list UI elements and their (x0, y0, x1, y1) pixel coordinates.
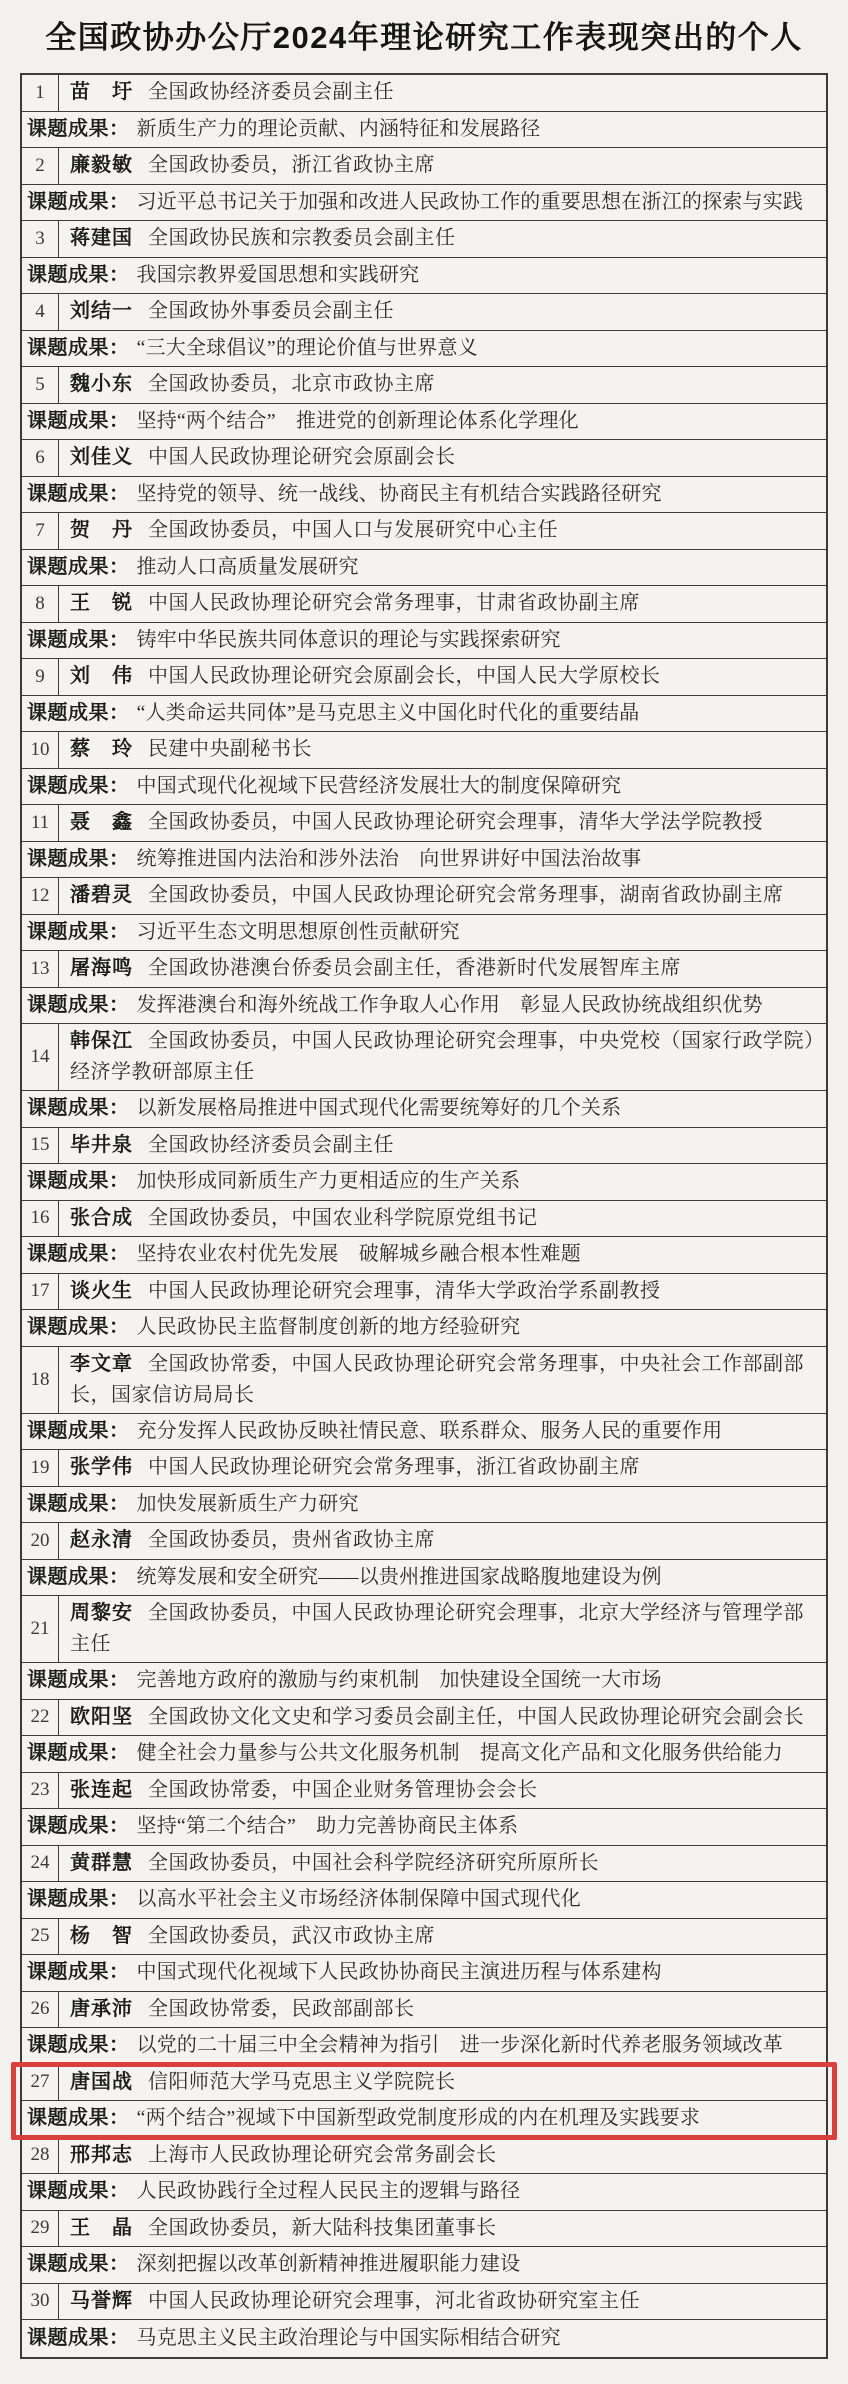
table-entry: 7 贺 丹全国政协委员，中国人口与发展研究中心主任 课题成果：推动人口高质量发展… (22, 513, 826, 586)
entry-person-cell: 蒋建国全国政协民族和宗教委员会副主任 (59, 221, 826, 257)
entry-result-row: 课题成果：“两个结合”视域下中国新型政党制度形成的内在机理及实践要求 (22, 2101, 826, 2138)
entry-name-row: 8 王 锐中国人民政协理论研究会常务理事，甘肃省政协副主席 (22, 586, 826, 623)
awards-table: 1 苗 圩全国政协经济委员会副主任 课题成果：新质生产力的理论贡献、内涵特征和发… (20, 73, 828, 2359)
person-name: 杨 智 (70, 1925, 133, 1947)
entry-person-cell: 王 晶全国政协委员，新大陆科技集团董事长 (59, 2211, 826, 2247)
entry-result-row: 课题成果：我国宗教界爱国思想和实践研究 (22, 258, 826, 295)
entry-number: 5 (22, 367, 59, 403)
entry-name-row: 1 苗 圩全国政协经济委员会副主任 (22, 75, 826, 112)
person-title: 全国政协港澳台侨委员会副主任，香港新时代发展智库主席 (148, 957, 681, 979)
entry-person-cell: 杨 智全国政协委员，武汉市政协主席 (59, 1919, 826, 1955)
entry-result-row: 课题成果：以新发展格局推进中国式现代化需要统筹好的几个关系 (22, 1091, 826, 1128)
person-title: 全国政协民族和宗教委员会副主任 (148, 227, 456, 249)
entry-number: 9 (22, 659, 59, 695)
entry-result-row: 课题成果：坚持农业农村优先发展 破解城乡融合根本性难题 (22, 1237, 826, 1274)
entry-number: 22 (22, 1700, 59, 1736)
entry-result-row: 课题成果：人民政协民主监督制度创新的地方经验研究 (22, 1310, 826, 1347)
result-label: 课题成果： (27, 118, 130, 140)
result-label: 课题成果： (27, 191, 130, 213)
entry-number: 2 (22, 148, 59, 184)
result-label: 课题成果： (27, 994, 130, 1016)
entry-number: 1 (22, 75, 59, 111)
entry-name-row: 14 韩保江全国政协委员，中国人民政协理论研究会理事，中央党校（国家行政学院）经… (22, 1024, 826, 1091)
entry-result-row: 课题成果：人民政协践行全过程人民民主的逻辑与路径 (22, 2174, 826, 2211)
person-title: 全国政协经济委员会副主任 (148, 1134, 394, 1156)
entry-number: 10 (22, 732, 59, 768)
result-text: 中国式现代化视域下人民政协协商民主演进历程与体系建构 (137, 1961, 662, 1983)
entry-name-row: 27 唐国战信阳师范大学马克思主义学院院长 (22, 2065, 826, 2102)
person-name: 刘结一 (70, 300, 133, 322)
person-name: 刘 伟 (70, 665, 133, 687)
result-label: 课题成果： (27, 1815, 130, 1837)
table-entry: 2 廉毅敏全国政协委员，浙江省政协主席 课题成果：习近平总书记关于加强和改进人民… (22, 148, 826, 221)
entry-result-row: 课题成果：“三大全球倡议”的理论价值与世界意义 (22, 331, 826, 368)
result-label: 课题成果： (27, 556, 130, 578)
entry-person-cell: 聂 鑫全国政协委员，中国人民政协理论研究会理事，清华大学法学院教授 (59, 805, 826, 841)
person-title: 全国政协委员，北京市政协主席 (148, 373, 435, 395)
table-entry: 10 蔡 玲民建中央副秘书长 课题成果：中国式现代化视域下民营经济发展壮大的制度… (22, 732, 826, 805)
person-name: 唐承沛 (70, 1998, 133, 2020)
result-label: 课题成果： (27, 2034, 130, 2056)
result-text: 深刻把握以改革创新精神推进履职能力建设 (137, 2253, 521, 2275)
entry-name-row: 21 周黎安全国政协委员，中国人民政协理论研究会理事，北京大学经济与管理学部主任 (22, 1596, 826, 1663)
person-title: 中国人民政协理论研究会常务理事，浙江省政协副主席 (148, 1456, 640, 1478)
entry-person-cell: 张学伟中国人民政协理论研究会常务理事，浙江省政协副主席 (59, 1450, 826, 1486)
entry-name-row: 23 张连起全国政协常委，中国企业财务管理协会会长 (22, 1773, 826, 1810)
result-label: 课题成果： (27, 483, 130, 505)
result-text: “三大全球倡议”的理论价值与世界意义 (137, 337, 478, 359)
entry-person-cell: 廉毅敏全国政协委员，浙江省政协主席 (59, 148, 826, 184)
entry-number: 21 (22, 1596, 59, 1662)
person-title: 全国政协文化文史和学习委员会副主任，中国人民政协理论研究会副会长 (148, 1706, 804, 1728)
entry-result-row: 课题成果：统筹发展和安全研究——以贵州推进国家战略腹地建设为例 (22, 1560, 826, 1597)
person-name: 张合成 (70, 1207, 133, 1229)
table-entry: 15 毕井泉全国政协经济委员会副主任 课题成果：加快形成同新质生产力更相适应的生… (22, 1128, 826, 1201)
result-text: 人民政协践行全过程人民民主的逻辑与路径 (137, 2180, 521, 2202)
entry-person-cell: 苗 圩全国政协经济委员会副主任 (59, 75, 826, 111)
entry-name-row: 25 杨 智全国政协委员，武汉市政协主席 (22, 1919, 826, 1956)
entry-result-row: 课题成果：完善地方政府的激励与约束机制 加快建设全国统一大市场 (22, 1663, 826, 1700)
entry-name-row: 24 黄群慧全国政协委员，中国社会科学院经济研究所原所长 (22, 1846, 826, 1883)
table-entry: 18 李文章全国政协常委，中国人民政协理论研究会常务理事，中央社会工作部副部长，… (22, 1347, 826, 1451)
result-label: 课题成果： (27, 848, 130, 870)
person-name: 赵永清 (70, 1529, 133, 1551)
person-name: 聂 鑫 (70, 811, 133, 833)
document-title: 全国政协办公厅2024年理论研究工作表现突出的个人 (0, 12, 848, 57)
result-text: 马克思主义民主政治理论与中国实际相结合研究 (137, 2327, 561, 2349)
person-title: 全国政协外事委员会副主任 (148, 300, 394, 322)
entry-result-row: 课题成果：新质生产力的理论贡献、内涵特征和发展路径 (22, 112, 826, 149)
result-text: 习近平生态文明思想原创性贡献研究 (137, 921, 460, 943)
result-label: 课题成果： (27, 1669, 130, 1691)
table-entry: 6 刘佳义中国人民政协理论研究会原副会长 课题成果：坚持党的领导、统一战线、协商… (22, 440, 826, 513)
entry-name-row: 7 贺 丹全国政协委员，中国人口与发展研究中心主任 (22, 513, 826, 550)
table-entry: 26 唐承沛全国政协常委，民政部副部长 课题成果：以党的二十届三中全会精神为指引… (22, 1992, 826, 2065)
person-title: 中国人民政协理论研究会原副会长，中国人民大学原校长 (148, 665, 661, 687)
result-text: 我国宗教界爱国思想和实践研究 (137, 264, 420, 286)
result-label: 课题成果： (27, 1493, 130, 1515)
entry-person-cell: 毕井泉全国政协经济委员会副主任 (59, 1128, 826, 1164)
result-text: 坚持农业农村优先发展 破解城乡融合根本性难题 (137, 1243, 581, 1265)
person-title: 全国政协常委，中国企业财务管理协会会长 (148, 1779, 538, 1801)
person-title: 中国人民政协理论研究会理事，清华大学政治学系副教授 (148, 1280, 661, 1302)
entry-name-row: 18 李文章全国政协常委，中国人民政协理论研究会常务理事，中央社会工作部副部长，… (22, 1347, 826, 1414)
person-name: 毕井泉 (70, 1134, 133, 1156)
entry-result-row: 课题成果：加快发展新质生产力研究 (22, 1487, 826, 1524)
entry-number: 4 (22, 294, 59, 330)
table-entry: 30 马誉辉中国人民政协理论研究会理事，河北省政协研究室主任 课题成果：马克思主… (22, 2284, 826, 2357)
entry-name-row: 16 张合成全国政协委员，中国农业科学院原党组书记 (22, 1201, 826, 1238)
result-text: “人类命运共同体”是马克思主义中国化时代化的重要结晶 (137, 702, 640, 724)
person-name: 王 晶 (70, 2217, 133, 2239)
entry-name-row: 17 谈火生中国人民政协理论研究会理事，清华大学政治学系副教授 (22, 1274, 826, 1311)
entry-number: 30 (22, 2284, 59, 2320)
table-entry: 23 张连起全国政协常委，中国企业财务管理协会会长 课题成果：坚持“第二个结合”… (22, 1773, 826, 1846)
entry-name-row: 9 刘 伟中国人民政协理论研究会原副会长，中国人民大学原校长 (22, 659, 826, 696)
entry-number: 12 (22, 878, 59, 914)
entry-result-row: 课题成果：以高水平社会主义市场经济体制保障中国式现代化 (22, 1882, 826, 1919)
entry-name-row: 28 邢邦志上海市人民政协理论研究会常务副会长 (22, 2138, 826, 2175)
result-text: 统筹发展和安全研究——以贵州推进国家战略腹地建设为例 (137, 1566, 662, 1588)
document-page: 全国政协办公厅2024年理论研究工作表现突出的个人 1 苗 圩全国政协经济委员会… (0, 0, 848, 2384)
result-label: 课题成果： (27, 1243, 130, 1265)
entry-person-cell: 邢邦志上海市人民政协理论研究会常务副会长 (59, 2138, 826, 2174)
entry-number: 8 (22, 586, 59, 622)
entry-number: 17 (22, 1274, 59, 1310)
entry-person-cell: 魏小东全国政协委员，北京市政协主席 (59, 367, 826, 403)
result-label: 课题成果： (27, 702, 130, 724)
table-entry: 24 黄群慧全国政协委员，中国社会科学院经济研究所原所长 课题成果：以高水平社会… (22, 1846, 826, 1919)
entry-result-row: 课题成果：铸牢中华民族共同体意识的理论与实践探索研究 (22, 623, 826, 660)
entry-result-row: 课题成果：习近平生态文明思想原创性贡献研究 (22, 915, 826, 952)
table-entry: 8 王 锐中国人民政协理论研究会常务理事，甘肃省政协副主席 课题成果：铸牢中华民… (22, 586, 826, 659)
person-name: 廉毅敏 (70, 154, 133, 176)
entry-name-row: 11 聂 鑫全国政协委员，中国人民政协理论研究会理事，清华大学法学院教授 (22, 805, 826, 842)
person-title: 中国人民政协理论研究会原副会长 (148, 446, 456, 468)
entry-person-cell: 刘 伟中国人民政协理论研究会原副会长，中国人民大学原校长 (59, 659, 826, 695)
table-entry: 5 魏小东全国政协委员，北京市政协主席 课题成果：坚持“两个结合” 推进党的创新… (22, 367, 826, 440)
person-title: 全国政协委员，中国人口与发展研究中心主任 (148, 519, 558, 541)
person-name: 王 锐 (70, 592, 133, 614)
result-text: 完善地方政府的激励与约束机制 加快建设全国统一大市场 (137, 1669, 662, 1691)
person-title: 全国政协委员，中国人民政协理论研究会理事，清华大学法学院教授 (148, 811, 763, 833)
entry-person-cell: 刘佳义中国人民政协理论研究会原副会长 (59, 440, 826, 476)
result-text: 坚持党的领导、统一战线、协商民主有机结合实践路径研究 (137, 483, 662, 505)
result-label: 课题成果： (27, 2180, 130, 2202)
person-name: 欧阳坚 (70, 1706, 133, 1728)
person-title: 全国政协常委，民政部副部长 (148, 1998, 415, 2020)
result-label: 课题成果： (27, 337, 130, 359)
entry-number: 7 (22, 513, 59, 549)
entry-result-row: 课题成果：以党的二十届三中全会精神为指引 进一步深化新时代养老服务领域改革 (22, 2028, 826, 2065)
entry-person-cell: 欧阳坚全国政协文化文史和学习委员会副主任，中国人民政协理论研究会副会长 (59, 1700, 826, 1736)
result-label: 课题成果： (27, 921, 130, 943)
entry-name-row: 6 刘佳义中国人民政协理论研究会原副会长 (22, 440, 826, 477)
entry-number: 28 (22, 2138, 59, 2174)
person-name: 魏小东 (70, 373, 133, 395)
result-text: 健全社会力量参与公共文化服务机制 提高文化产品和文化服务供给能力 (137, 1742, 783, 1764)
entry-name-row: 30 马誉辉中国人民政协理论研究会理事，河北省政协研究室主任 (22, 2284, 826, 2321)
entry-person-cell: 屠海鸣全国政协港澳台侨委员会副主任，香港新时代发展智库主席 (59, 951, 826, 987)
table-entry: 13 屠海鸣全国政协港澳台侨委员会副主任，香港新时代发展智库主席 课题成果：发挥… (22, 951, 826, 1024)
result-text: 发挥港澳台和海外统战工作争取人心作用 彰显人民政协统战组织优势 (137, 994, 763, 1016)
entry-result-row: 课题成果：统筹推进国内法治和涉外法治 向世界讲好中国法治故事 (22, 842, 826, 879)
entry-person-cell: 李文章全国政协常委，中国人民政协理论研究会常务理事，中央社会工作部副部长，国家信… (59, 1347, 826, 1413)
person-title: 全国政协常委，中国人民政协理论研究会常务理事，中央社会工作部副部长，国家信访局局… (70, 1353, 804, 1406)
result-text: 中国式现代化视域下民营经济发展壮大的制度保障研究 (137, 775, 622, 797)
person-name: 刘佳义 (70, 446, 133, 468)
entry-person-cell: 黄群慧全国政协委员，中国社会科学院经济研究所原所长 (59, 1846, 826, 1882)
entry-result-row: 课题成果：健全社会力量参与公共文化服务机制 提高文化产品和文化服务供给能力 (22, 1736, 826, 1773)
person-name: 邢邦志 (70, 2144, 133, 2166)
table-entry: 1 苗 圩全国政协经济委员会副主任 课题成果：新质生产力的理论贡献、内涵特征和发… (22, 75, 826, 148)
table-entry: 9 刘 伟中国人民政协理论研究会原副会长，中国人民大学原校长 课题成果：“人类命… (22, 659, 826, 732)
result-text: 以新发展格局推进中国式现代化需要统筹好的几个关系 (137, 1097, 622, 1119)
result-text: 坚持“两个结合” 推进党的创新理论体系化学理化 (137, 410, 579, 432)
result-label: 课题成果： (27, 1961, 130, 1983)
table-entry: 20 赵永清全国政协委员，贵州省政协主席 课题成果：统筹发展和安全研究——以贵州… (22, 1523, 826, 1596)
entry-number: 3 (22, 221, 59, 257)
entry-result-row: 课题成果：中国式现代化视域下民营经济发展壮大的制度保障研究 (22, 769, 826, 806)
entry-name-row: 29 王 晶全国政协委员，新大陆科技集团董事长 (22, 2211, 826, 2248)
result-label: 课题成果： (27, 2253, 130, 2275)
entry-name-row: 26 唐承沛全国政协常委，民政部副部长 (22, 1992, 826, 2029)
entry-result-row: 课题成果：坚持“两个结合” 推进党的创新理论体系化学理化 (22, 404, 826, 441)
result-text: 习近平总书记关于加强和改进人民政协工作的重要思想在浙江的探索与实践 (137, 191, 804, 213)
result-label: 课题成果： (27, 1097, 130, 1119)
entry-result-row: 课题成果：坚持“第二个结合” 助力完善协商民主体系 (22, 1809, 826, 1846)
person-title: 全国政协委员，贵州省政协主席 (148, 1529, 435, 1551)
entry-person-cell: 刘结一全国政协外事委员会副主任 (59, 294, 826, 330)
entry-person-cell: 张连起全国政协常委，中国企业财务管理协会会长 (59, 1773, 826, 1809)
person-name: 唐国战 (70, 2071, 133, 2093)
entry-result-row: 课题成果：加快形成同新质生产力更相适应的生产关系 (22, 1164, 826, 1201)
result-label: 课题成果： (27, 1742, 130, 1764)
person-name: 贺 丹 (70, 519, 133, 541)
entry-result-row: 课题成果：中国式现代化视域下人民政协协商民主演进历程与体系建构 (22, 1955, 826, 1992)
person-title: 全国政协委员，武汉市政协主席 (148, 1925, 435, 1947)
person-name: 李文章 (70, 1353, 133, 1375)
entry-name-row: 10 蔡 玲民建中央副秘书长 (22, 732, 826, 769)
entry-result-row: 课题成果：深刻把握以改革创新精神推进履职能力建设 (22, 2247, 826, 2284)
person-name: 黄群慧 (70, 1852, 133, 1874)
table-entry: 11 聂 鑫全国政协委员，中国人民政协理论研究会理事，清华大学法学院教授 课题成… (22, 805, 826, 878)
result-label: 课题成果： (27, 1420, 130, 1442)
result-label: 课题成果： (27, 1888, 130, 1910)
result-text: 铸牢中华民族共同体意识的理论与实践探索研究 (137, 629, 561, 651)
table-entry: 25 杨 智全国政协委员，武汉市政协主席 课题成果：中国式现代化视域下人民政协协… (22, 1919, 826, 1992)
entry-number: 14 (22, 1024, 59, 1090)
entry-result-row: 课题成果：习近平总书记关于加强和改进人民政协工作的重要思想在浙江的探索与实践 (22, 185, 826, 222)
table-entry: 28 邢邦志上海市人民政协理论研究会常务副会长 课题成果：人民政协践行全过程人民… (22, 2138, 826, 2211)
table-entry: 21 周黎安全国政协委员，中国人民政协理论研究会理事，北京大学经济与管理学部主任… (22, 1596, 826, 1700)
result-text: 充分发挥人民政协反映社情民意、联系群众、服务人民的重要作用 (137, 1420, 723, 1442)
entry-result-row: 课题成果：推动人口高质量发展研究 (22, 550, 826, 587)
result-text: 推动人口高质量发展研究 (137, 556, 359, 578)
result-text: 以高水平社会主义市场经济体制保障中国式现代化 (137, 1888, 581, 1910)
entry-person-cell: 蔡 玲民建中央副秘书长 (59, 732, 826, 768)
table-entry: 29 王 晶全国政协委员，新大陆科技集团董事长 课题成果：深刻把握以改革创新精神… (22, 2211, 826, 2284)
table-entry: 16 张合成全国政协委员，中国农业科学院原党组书记 课题成果：坚持农业农村优先发… (22, 1201, 826, 1274)
entry-number: 20 (22, 1523, 59, 1559)
entry-name-row: 4 刘结一全国政协外事委员会副主任 (22, 294, 826, 331)
person-title: 上海市人民政协理论研究会常务副会长 (148, 2144, 497, 2166)
person-name: 周黎安 (70, 1602, 133, 1624)
entry-person-cell: 王 锐中国人民政协理论研究会常务理事，甘肃省政协副主席 (59, 586, 826, 622)
result-label: 课题成果： (27, 410, 130, 432)
entry-person-cell: 周黎安全国政协委员，中国人民政协理论研究会理事，北京大学经济与管理学部主任 (59, 1596, 826, 1662)
person-title: 全国政协委员，中国社会科学院经济研究所原所长 (148, 1852, 599, 1874)
table-entry: 3 蒋建国全国政协民族和宗教委员会副主任 课题成果：我国宗教界爱国思想和实践研究 (22, 221, 826, 294)
result-text: 加快发展新质生产力研究 (137, 1493, 359, 1515)
table-entry: 22 欧阳坚全国政协文化文史和学习委员会副主任，中国人民政协理论研究会副会长 课… (22, 1700, 826, 1773)
person-name: 屠海鸣 (70, 957, 133, 979)
person-name: 蔡 玲 (70, 738, 133, 760)
table-entry: 19 张学伟中国人民政协理论研究会常务理事，浙江省政协副主席 课题成果：加快发展… (22, 1450, 826, 1523)
person-title: 全国政协委员，浙江省政协主席 (148, 154, 435, 176)
entry-number: 16 (22, 1201, 59, 1237)
person-name: 潘碧灵 (70, 884, 133, 906)
person-title: 民建中央副秘书长 (148, 738, 312, 760)
entry-person-cell: 唐国战信阳师范大学马克思主义学院院长 (59, 2065, 826, 2101)
entry-number: 15 (22, 1128, 59, 1164)
table-entry: 17 谈火生中国人民政协理论研究会理事，清华大学政治学系副教授 课题成果：人民政… (22, 1274, 826, 1347)
person-name: 马誉辉 (70, 2290, 133, 2312)
entry-number: 27 (22, 2065, 59, 2101)
result-label: 课题成果： (27, 629, 130, 651)
entry-person-cell: 韩保江全国政协委员，中国人民政协理论研究会理事，中央党校（国家行政学院）经济学教… (59, 1024, 826, 1090)
person-title: 全国政协委员，中国农业科学院原党组书记 (148, 1207, 538, 1229)
entry-name-row: 3 蒋建国全国政协民族和宗教委员会副主任 (22, 221, 826, 258)
entry-result-row: 课题成果：坚持党的领导、统一战线、协商民主有机结合实践路径研究 (22, 477, 826, 514)
person-name: 苗 圩 (70, 81, 133, 103)
entry-person-cell: 赵永清全国政协委员，贵州省政协主席 (59, 1523, 826, 1559)
entry-person-cell: 唐承沛全国政协常委，民政部副部长 (59, 1992, 826, 2028)
entry-person-cell: 贺 丹全国政协委员，中国人口与发展研究中心主任 (59, 513, 826, 549)
person-title: 全国政协委员，中国人民政协理论研究会理事，北京大学经济与管理学部主任 (70, 1602, 804, 1655)
entry-person-cell: 马誉辉中国人民政协理论研究会理事，河北省政协研究室主任 (59, 2284, 826, 2320)
table-entry: 12 潘碧灵全国政协委员，中国人民政协理论研究会常务理事，湖南省政协副主席 课题… (22, 878, 826, 951)
person-name: 韩保江 (70, 1030, 133, 1052)
entry-name-row: 20 赵永清全国政协委员，贵州省政协主席 (22, 1523, 826, 1560)
result-label: 课题成果： (27, 775, 130, 797)
entry-name-row: 15 毕井泉全国政协经济委员会副主任 (22, 1128, 826, 1165)
entry-name-row: 13 屠海鸣全国政协港澳台侨委员会副主任，香港新时代发展智库主席 (22, 951, 826, 988)
person-title: 全国政协委员，新大陆科技集团董事长 (148, 2217, 497, 2239)
result-label: 课题成果： (27, 1170, 130, 1192)
person-title: 全国政协经济委员会副主任 (148, 81, 394, 103)
table-entry: 4 刘结一全国政协外事委员会副主任 课题成果：“三大全球倡议”的理论价值与世界意… (22, 294, 826, 367)
person-title: 中国人民政协理论研究会理事，河北省政协研究室主任 (148, 2290, 640, 2312)
result-label: 课题成果： (27, 264, 130, 286)
entry-number: 23 (22, 1773, 59, 1809)
person-title: 信阳师范大学马克思主义学院院长 (148, 2071, 456, 2093)
entry-number: 13 (22, 951, 59, 987)
person-name: 张学伟 (70, 1456, 133, 1478)
entry-name-row: 19 张学伟中国人民政协理论研究会常务理事，浙江省政协副主席 (22, 1450, 826, 1487)
person-name: 蒋建国 (70, 227, 133, 249)
table-entry: 14 韩保江全国政协委员，中国人民政协理论研究会理事，中央党校（国家行政学院）经… (22, 1024, 826, 1128)
result-label: 课题成果： (27, 2107, 130, 2129)
entry-number: 11 (22, 805, 59, 841)
entry-result-row: 课题成果：发挥港澳台和海外统战工作争取人心作用 彰显人民政协统战组织优势 (22, 988, 826, 1025)
result-text: “两个结合”视域下中国新型政党制度形成的内在机理及实践要求 (137, 2107, 701, 2129)
entry-number: 19 (22, 1450, 59, 1486)
entry-result-row: 课题成果：充分发挥人民政协反映社情民意、联系群众、服务人民的重要作用 (22, 1414, 826, 1451)
result-text: 加快形成同新质生产力更相适应的生产关系 (137, 1170, 521, 1192)
person-title: 中国人民政协理论研究会常务理事，甘肃省政协副主席 (148, 592, 640, 614)
entry-number: 6 (22, 440, 59, 476)
person-title: 全国政协委员，中国人民政协理论研究会理事，中央党校（国家行政学院）经济学教研部原… (70, 1030, 815, 1083)
entry-number: 26 (22, 1992, 59, 2028)
result-label: 课题成果： (27, 1566, 130, 1588)
entry-result-row: 课题成果：马克思主义民主政治理论与中国实际相结合研究 (22, 2320, 826, 2357)
entry-number: 24 (22, 1846, 59, 1882)
result-text: 统筹推进国内法治和涉外法治 向世界讲好中国法治故事 (137, 848, 642, 870)
entry-person-cell: 谈火生中国人民政协理论研究会理事，清华大学政治学系副教授 (59, 1274, 826, 1310)
entry-name-row: 2 廉毅敏全国政协委员，浙江省政协主席 (22, 148, 826, 185)
entry-name-row: 5 魏小东全国政协委员，北京市政协主席 (22, 367, 826, 404)
result-text: 新质生产力的理论贡献、内涵特征和发展路径 (137, 118, 541, 140)
result-label: 课题成果： (27, 1316, 130, 1338)
result-text: 以党的二十届三中全会精神为指引 进一步深化新时代养老服务领域改革 (137, 2034, 783, 2056)
entry-name-row: 12 潘碧灵全国政协委员，中国人民政协理论研究会常务理事，湖南省政协副主席 (22, 878, 826, 915)
entry-number: 18 (22, 1347, 59, 1413)
entry-person-cell: 张合成全国政协委员，中国农业科学院原党组书记 (59, 1201, 826, 1237)
entry-person-cell: 潘碧灵全国政协委员，中国人民政协理论研究会常务理事，湖南省政协副主席 (59, 878, 826, 914)
result-text: 坚持“第二个结合” 助力完善协商民主体系 (137, 1815, 519, 1837)
entry-name-row: 22 欧阳坚全国政协文化文史和学习委员会副主任，中国人民政协理论研究会副会长 (22, 1700, 826, 1737)
entry-number: 29 (22, 2211, 59, 2247)
person-name: 谈火生 (70, 1280, 133, 1302)
entry-result-row: 课题成果：“人类命运共同体”是马克思主义中国化时代化的重要结晶 (22, 696, 826, 733)
table-entry: 27 唐国战信阳师范大学马克思主义学院院长 课题成果：“两个结合”视域下中国新型… (22, 2065, 826, 2138)
result-label: 课题成果： (27, 2327, 130, 2349)
entry-number: 25 (22, 1919, 59, 1955)
result-text: 人民政协民主监督制度创新的地方经验研究 (137, 1316, 521, 1338)
person-title: 全国政协委员，中国人民政协理论研究会常务理事，湖南省政协副主席 (148, 884, 784, 906)
person-name: 张连起 (70, 1779, 133, 1801)
